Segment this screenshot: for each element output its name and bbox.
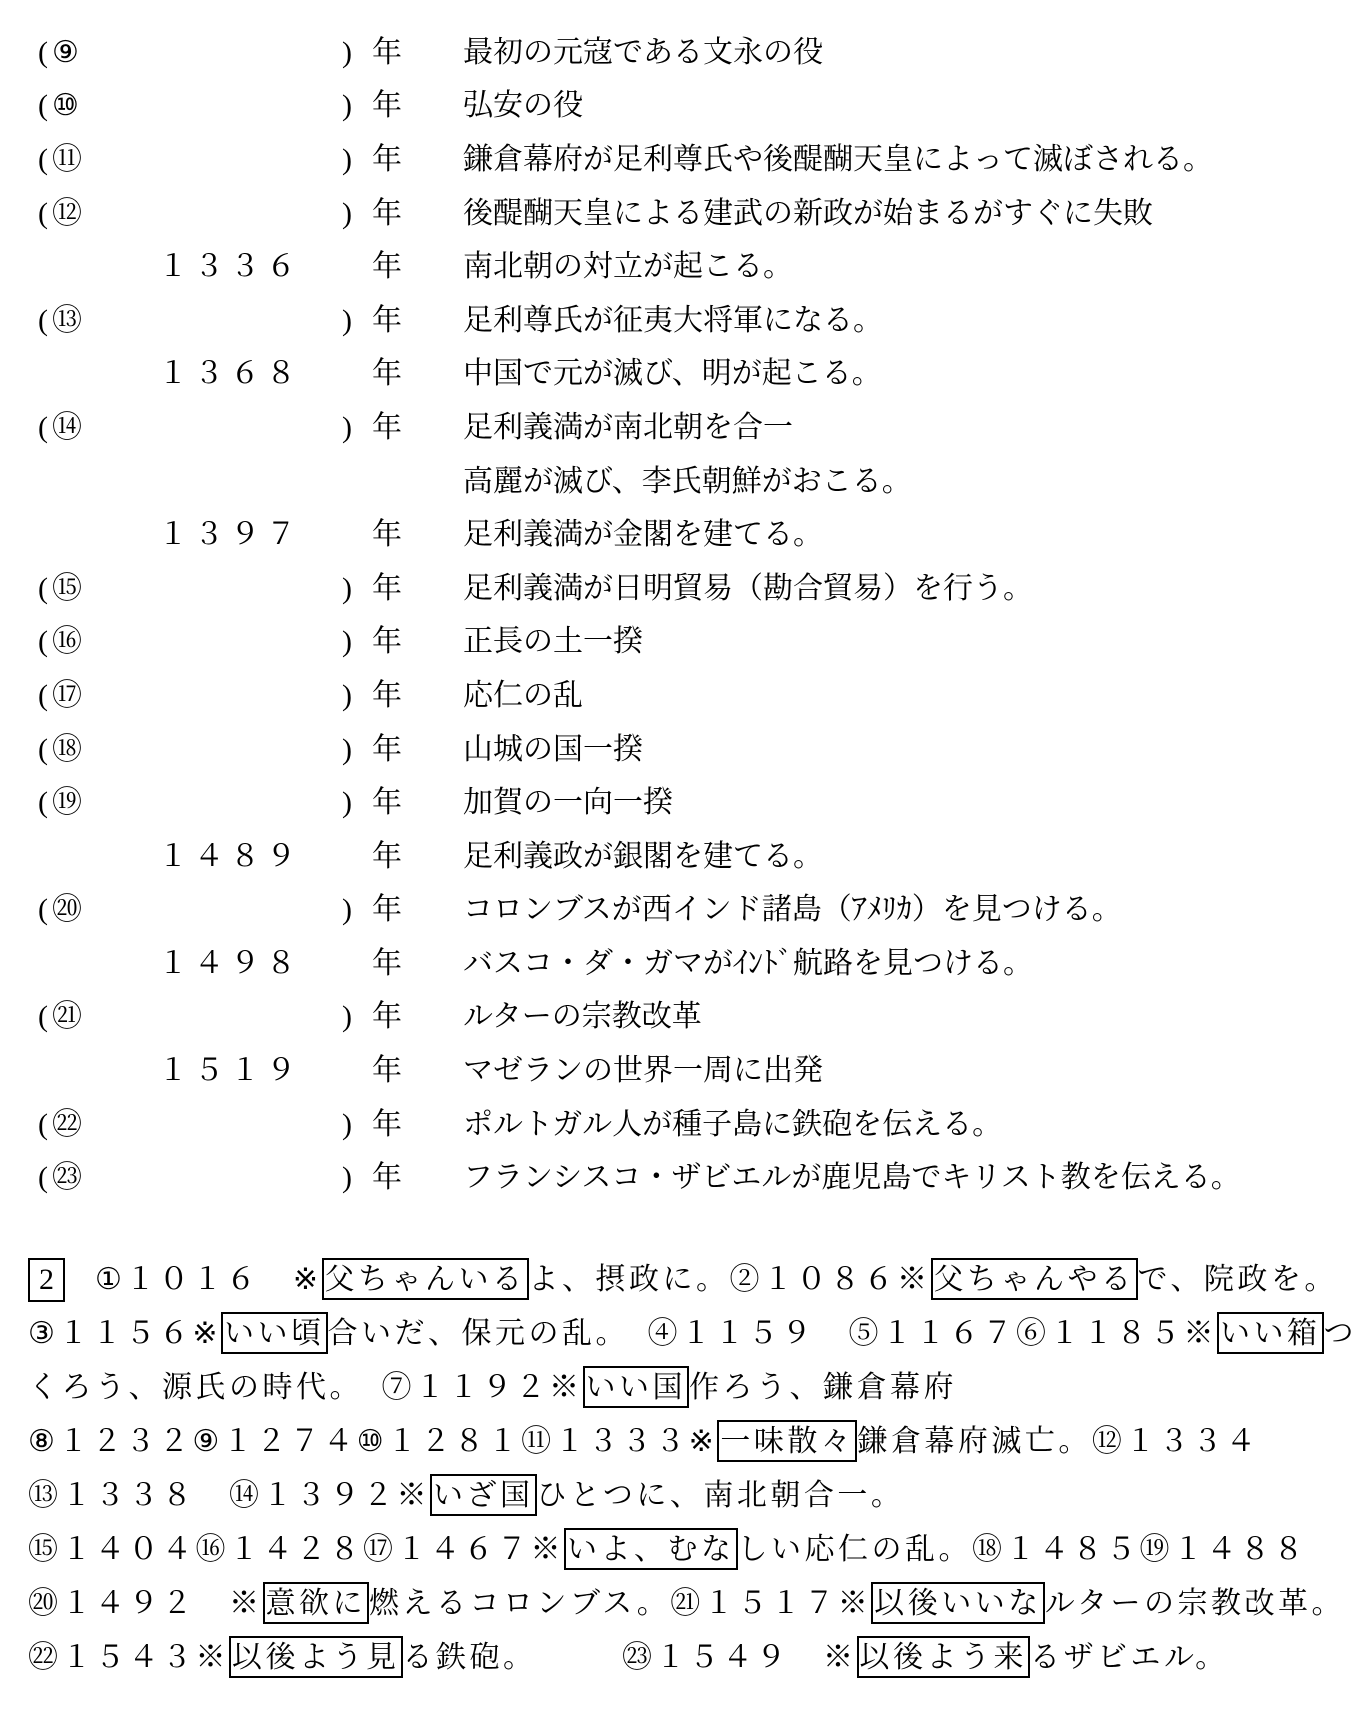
answer-segment: くろう、源氏の時代。 ⑦１１９２※ xyxy=(28,1371,583,1404)
answers-line: 2①１０１６ ※父ちゃんいるよ、摂政に。②１０８６※父ちゃんやるで、院政を。 xyxy=(28,1253,1362,1307)
item-number: ㉒ xyxy=(52,1110,82,1140)
year-unit-label: 年 xyxy=(372,413,402,443)
close-paren: ) xyxy=(342,574,352,604)
answers-section: 2①１０１６ ※父ちゃんいるよ、摂政に。②１０８６※父ちゃんやるで、院政を。③１… xyxy=(0,1253,1362,1685)
mnemonic-box: いい国 xyxy=(583,1366,690,1408)
timeline-row: (⑯)年正長の土一揆 xyxy=(0,616,1362,670)
item-number: ⑱ xyxy=(52,735,82,765)
close-paren: ) xyxy=(342,627,352,657)
timeline-row: (㉑)年ルターの宗教改革 xyxy=(0,991,1362,1045)
mnemonic-box: 以後よう見 xyxy=(229,1636,403,1678)
event-text: コロンブスが西インド諸島（ｱﾒﾘｶ）を見つける。 xyxy=(463,895,1122,925)
answer-segment: ⑮１４０４⑯１４２８⑰１４６７※ xyxy=(28,1533,564,1566)
answer-segment: ⑬１３３８ ⑭１３９２※ xyxy=(28,1479,430,1512)
event-text: 足利義満が日明貿易（勘合貿易）を行う。 xyxy=(463,574,1033,604)
open-paren: ( xyxy=(38,306,48,336)
open-paren: ( xyxy=(38,574,48,604)
year-unit-label: 年 xyxy=(372,91,402,121)
year-unit-label: 年 xyxy=(372,306,402,336)
timeline-row: (⑩)年弘安の役 xyxy=(0,80,1362,134)
close-paren: ) xyxy=(342,145,352,175)
year-unit-label: 年 xyxy=(372,252,402,282)
timeline-row: (㉓)年フランシスコ・ザビエルが鹿児島でキリスト教を伝える。 xyxy=(0,1151,1362,1205)
close-paren: ) xyxy=(342,1163,352,1193)
answers-line: ③１１５６※いい頃合いだ、保元の乱。 ④１１５９ ⑤１１６７⑥１１８５※いい箱つ xyxy=(28,1307,1362,1361)
answer-segment: しい応仁の乱。⑱１４８５⑲１４８８ xyxy=(738,1533,1308,1566)
close-paren: ) xyxy=(342,735,352,765)
mnemonic-box: いい頃 xyxy=(221,1312,328,1354)
mnemonic-box: いざ国 xyxy=(430,1474,537,1516)
timeline-row: (⑰)年応仁の乱 xyxy=(0,669,1362,723)
timeline-row: １４８９年足利義政が銀閣を建てる。 xyxy=(0,830,1362,884)
event-text: フランシスコ・ザビエルが鹿児島でキリスト教を伝える。 xyxy=(463,1163,1241,1193)
answer-segment: 合いだ、保元の乱。 ④１１５９ ⑤１１６７⑥１１８５※ xyxy=(328,1317,1218,1350)
year-value: １３３６ xyxy=(158,252,302,282)
year-value: １３６８ xyxy=(158,359,302,389)
close-paren: ) xyxy=(342,1002,352,1032)
timeline-row: (⑳)年コロンブスが西インド諸島（ｱﾒﾘｶ）を見つける。 xyxy=(0,884,1362,938)
answer-segment: で、院政を。 xyxy=(1138,1263,1338,1296)
item-number: ⑭ xyxy=(52,413,82,443)
worksheet-document: (⑨)年最初の元寇である文永の役(⑩)年弘安の役(⑪)年鎌倉幕府が足利尊氏や後醍… xyxy=(0,0,1362,1720)
event-text: ルターの宗教改革 xyxy=(463,1002,702,1032)
year-unit-label: 年 xyxy=(372,788,402,818)
answers-line: ㉒１５４３※以後よう見る鉄砲。 ㉓１５４９ ※以後よう来るザビエル。 xyxy=(28,1631,1362,1685)
year-unit-label: 年 xyxy=(372,199,402,229)
timeline-row: (⑲)年加賀の一向一揆 xyxy=(0,776,1362,830)
year-unit-label: 年 xyxy=(372,681,402,711)
timeline-row: １５１９年マゼランの世界一周に出発 xyxy=(0,1044,1362,1098)
item-number: ⑮ xyxy=(52,574,82,604)
item-number: ⑨ xyxy=(52,38,79,68)
timeline-row: (㉒)年ポルトガル人が種子島に鉄砲を伝える。 xyxy=(0,1098,1362,1152)
mnemonic-box: 以後いいな xyxy=(871,1582,1045,1624)
item-number: ㉓ xyxy=(52,1163,82,1193)
item-number: ⑩ xyxy=(52,91,79,121)
mnemonic-box: 父ちゃんやる xyxy=(931,1258,1138,1300)
year-unit-label: 年 xyxy=(372,1002,402,1032)
year-unit-label: 年 xyxy=(372,735,402,765)
year-unit-label: 年 xyxy=(372,574,402,604)
answer-segment: る鉄砲。 ㉓１５４９ ※ xyxy=(403,1641,857,1674)
year-unit-label: 年 xyxy=(372,520,402,550)
year-unit-label: 年 xyxy=(372,1110,402,1140)
close-paren: ) xyxy=(342,306,352,336)
answer-segment: ⑧１２３２⑨１２７４⑩１２８１⑪１３３３※ xyxy=(28,1425,717,1458)
year-unit-label: 年 xyxy=(372,359,402,389)
item-number: ⑫ xyxy=(52,199,82,229)
open-paren: ( xyxy=(38,1110,48,1140)
answer-segment: ㉒１５４３※ xyxy=(28,1641,229,1674)
open-paren: ( xyxy=(38,681,48,711)
year-unit-label: 年 xyxy=(372,1163,402,1193)
year-value: １４９８ xyxy=(158,949,302,979)
event-text: 足利尊氏が征夷大将軍になる。 xyxy=(463,306,883,336)
timeline-row: (⑭)年足利義満が南北朝を合一 xyxy=(0,401,1362,455)
open-paren: ( xyxy=(38,145,48,175)
item-number: ⑬ xyxy=(52,306,82,336)
open-paren: ( xyxy=(38,1002,48,1032)
answer-segment: ①１０１６ ※ xyxy=(95,1263,322,1296)
answer-segment: よ、摂政に。②１０８６※ xyxy=(529,1263,931,1296)
open-paren: ( xyxy=(38,788,48,818)
timeline-row: 高麗が滅び、李氏朝鮮がおこる。 xyxy=(0,455,1362,509)
event-text: 加賀の一向一揆 xyxy=(463,788,673,818)
item-number: ⑪ xyxy=(52,145,82,175)
year-unit-label: 年 xyxy=(372,1056,402,1086)
open-paren: ( xyxy=(38,895,48,925)
answers-line: くろう、源氏の時代。 ⑦１１９２※いい国作ろう、鎌倉幕府 xyxy=(28,1361,1362,1415)
timeline-row: １３３６年南北朝の対立が起こる。 xyxy=(0,240,1362,294)
event-text: 正長の土一揆 xyxy=(463,627,643,657)
close-paren: ) xyxy=(342,199,352,229)
answers-line: ⑬１３３８ ⑭１３９２※いざ国ひとつに、南北朝合一。 xyxy=(28,1469,1362,1523)
answers-line: ⑮１４０４⑯１４２８⑰１４６７※いよ、むなしい応仁の乱。⑱１４８５⑲１４８８ xyxy=(28,1523,1362,1577)
answer-segment: 鎌倉幕府滅亡。⑫１３３４ xyxy=(857,1425,1259,1458)
event-text: 最初の元寇である文永の役 xyxy=(463,38,823,68)
item-number: ⑯ xyxy=(52,627,82,657)
year-unit-label: 年 xyxy=(372,895,402,925)
mnemonic-box: 一味散々 xyxy=(717,1420,857,1462)
event-text: 中国で元が滅び、明が起こる。 xyxy=(463,359,882,389)
event-text: 後醍醐天皇による建武の新政が始まるがすぐに失敗 xyxy=(463,199,1153,229)
timeline-row: (⑮)年足利義満が日明貿易（勘合貿易）を行う。 xyxy=(0,562,1362,616)
mnemonic-box: 以後よう来 xyxy=(857,1636,1031,1678)
year-unit-label: 年 xyxy=(372,842,402,872)
timeline-row: (⑨)年最初の元寇である文永の役 xyxy=(0,26,1362,80)
timeline-row: (⑪)年鎌倉幕府が足利尊氏や後醍醐天皇によって滅ぼされる。 xyxy=(0,133,1362,187)
year-unit-label: 年 xyxy=(372,145,402,175)
answer-segment: つ xyxy=(1324,1317,1358,1350)
close-paren: ) xyxy=(342,1110,352,1140)
event-text: 弘安の役 xyxy=(463,91,583,121)
timeline-row: (⑱)年山城の国一揆 xyxy=(0,723,1362,777)
event-text: 鎌倉幕府が足利尊氏や後醍醐天皇によって滅ぼされる。 xyxy=(463,145,1213,175)
timeline-row: (⑫)年後醍醐天皇による建武の新政が始まるがすぐに失敗 xyxy=(0,187,1362,241)
mnemonic-box: いい箱 xyxy=(1217,1312,1324,1354)
event-text: 南北朝の対立が起こる。 xyxy=(463,252,793,282)
close-paren: ) xyxy=(342,91,352,121)
year-value: １５１９ xyxy=(158,1056,302,1086)
answers-line: ⑧１２３２⑨１２７４⑩１２８１⑪１３３３※一味散々鎌倉幕府滅亡。⑫１３３４ xyxy=(28,1415,1362,1469)
answer-segment: 燃えるコロンブス。㉑１５１７※ xyxy=(369,1587,871,1620)
open-paren: ( xyxy=(38,627,48,657)
item-number: ㉑ xyxy=(52,1002,82,1032)
close-paren: ) xyxy=(342,38,352,68)
event-text: ポルトガル人が種子島に鉄砲を伝える。 xyxy=(463,1110,1002,1140)
timeline-section: (⑨)年最初の元寇である文永の役(⑩)年弘安の役(⑪)年鎌倉幕府が足利尊氏や後醍… xyxy=(0,0,1362,1205)
answer-segment: 作ろう、鎌倉幕府 xyxy=(689,1371,957,1404)
event-continuation-text: 高麗が滅び、李氏朝鮮がおこる。 xyxy=(463,467,912,497)
event-text: 応仁の乱 xyxy=(463,681,583,711)
event-text: 足利義政が銀閣を建てる。 xyxy=(463,842,823,872)
answer-segment: ひとつに、南北朝合一。 xyxy=(537,1479,905,1512)
event-text: マゼランの世界一周に出発 xyxy=(463,1056,823,1086)
event-text: 山城の国一揆 xyxy=(463,735,643,765)
event-text: 足利義満が南北朝を合一 xyxy=(463,413,793,443)
open-paren: ( xyxy=(38,1163,48,1193)
timeline-row: １４９８年バスコ・ダ・ガマがｲﾝﾄﾞ航路を見つける。 xyxy=(0,937,1362,991)
close-paren: ) xyxy=(342,895,352,925)
answer-segment: るザビエル。 xyxy=(1030,1641,1229,1674)
section-number-box: 2 xyxy=(28,1258,65,1302)
answers-line: ⑳１４９２ ※意欲に燃えるコロンブス。㉑１５１７※以後いいなルターの宗教改革。 xyxy=(28,1577,1362,1631)
mnemonic-box: 意欲に xyxy=(263,1582,370,1624)
timeline-row: (⑬)年足利尊氏が征夷大将軍になる。 xyxy=(0,294,1362,348)
open-paren: ( xyxy=(38,413,48,443)
mnemonic-box: 父ちゃんいる xyxy=(322,1258,529,1300)
open-paren: ( xyxy=(38,38,48,68)
item-number: ⑳ xyxy=(52,895,82,925)
year-unit-label: 年 xyxy=(372,38,402,68)
year-unit-label: 年 xyxy=(372,949,402,979)
close-paren: ) xyxy=(342,788,352,818)
event-text: バスコ・ダ・ガマがｲﾝﾄﾞ航路を見つける。 xyxy=(463,949,1033,979)
open-paren: ( xyxy=(38,199,48,229)
close-paren: ) xyxy=(342,413,352,443)
year-unit-label: 年 xyxy=(372,627,402,657)
year-value: １４８９ xyxy=(158,842,302,872)
timeline-row: １３９７年足利義満が金閣を建てる。 xyxy=(0,508,1362,562)
mnemonic-box: いよ、むな xyxy=(564,1528,738,1570)
open-paren: ( xyxy=(38,91,48,121)
timeline-row: １３６８年中国で元が滅び、明が起こる。 xyxy=(0,348,1362,402)
event-text: 足利義満が金閣を建てる。 xyxy=(463,520,823,550)
item-number: ⑲ xyxy=(52,788,82,818)
open-paren: ( xyxy=(38,735,48,765)
answer-segment: ルターの宗教改革。 xyxy=(1045,1587,1345,1620)
year-value: １３９７ xyxy=(158,520,302,550)
item-number: ⑰ xyxy=(52,681,82,711)
answer-segment: ⑳１４９２ ※ xyxy=(28,1587,263,1620)
close-paren: ) xyxy=(342,681,352,711)
answer-segment: ③１１５６※ xyxy=(28,1317,221,1350)
